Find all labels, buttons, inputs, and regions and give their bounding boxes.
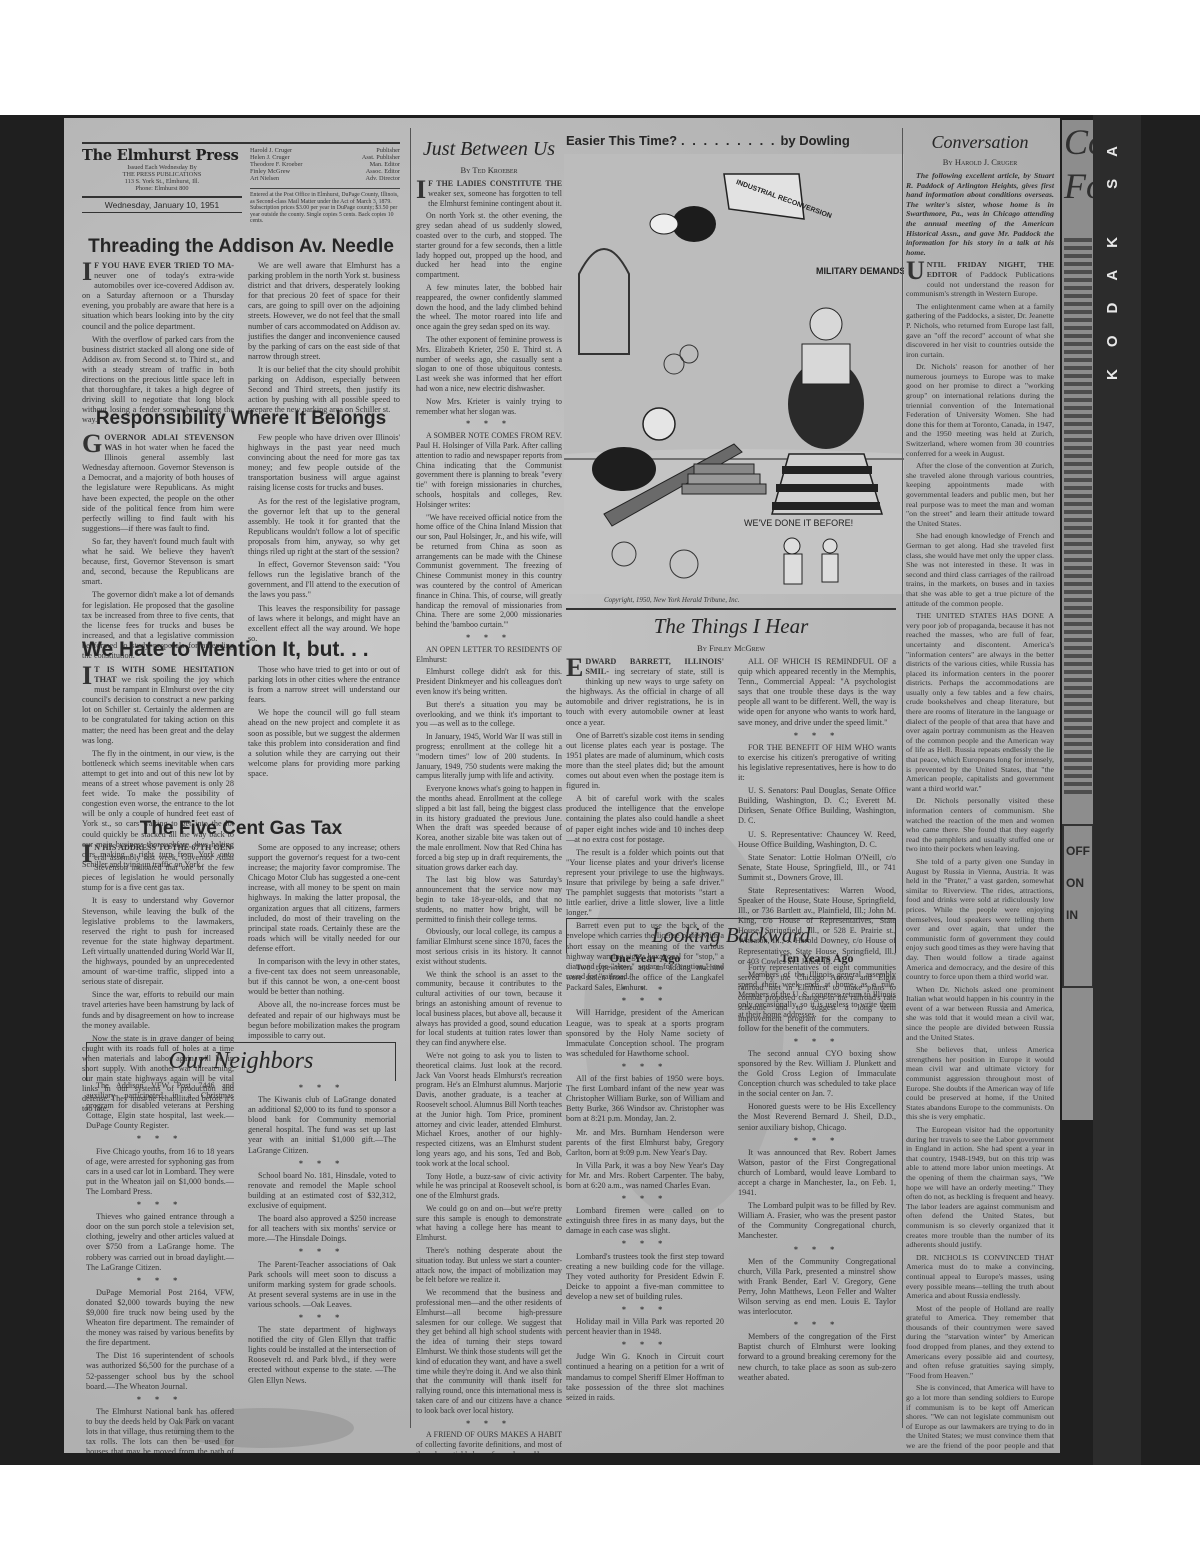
staff-row: Art NielsenAdv. Director [250, 175, 400, 182]
intro-note: The following excellent article, by Stua… [906, 171, 1054, 257]
news-item: School board No. 181, Hinsdale, voted to… [248, 1171, 396, 1211]
adjacent-box-label: IN [1066, 908, 1090, 922]
adjacent-page-heading-1: Co [1064, 120, 1094, 164]
masthead-issued: Issued Each Wednesday By [82, 164, 242, 171]
column-rule [902, 128, 903, 1428]
news-item: Thieves who gained entrance through a do… [86, 1212, 234, 1273]
column-rule [410, 128, 411, 1428]
conversation-column: Conversation By Harold J. Cruger The fol… [906, 132, 1054, 1453]
byline: By Ted Kroeber [416, 165, 562, 175]
column-title: Conversation [906, 132, 1054, 153]
issue-date: Wednesday, January 10, 1951 [82, 196, 242, 213]
cartoon-credit: by Dowling [780, 133, 849, 148]
editorial-addison-needle: Threading the Addison Av. Needle IF YOU … [82, 236, 400, 429]
section-title: Our Neighbors [87, 1043, 395, 1079]
nameplate: The Elmhurst Press [82, 147, 242, 164]
adjacent-page-box: OFF ON IN [1062, 824, 1094, 988]
mailing-notice: Entered at the Post Office in Elmhurst, … [250, 188, 400, 225]
news-item: The Kiwanis club of LaGrange donated an … [248, 1095, 396, 1156]
cartoon-header: Easier This Time? . . . . . . . . . by D… [566, 132, 896, 150]
byline: By Harold J. Cruger [906, 157, 1054, 167]
ten-years-ago: Ten Years Ago Forty representatives of e… [738, 953, 896, 1406]
staff-row: Helen J. CrugerAsst. Publisher [250, 154, 400, 161]
headline: We Hate to Mention It, but. . . [82, 638, 400, 662]
news-item: The Dist 16 superintendent of schools wa… [86, 1351, 234, 1391]
section-title: Looking Backward [567, 919, 895, 951]
masthead-phone: Phone: Elmhurst 800 [82, 185, 242, 192]
adjacent-page-heading-2: Fo [1064, 164, 1094, 208]
svg-text:WE'VE DONE IT BEFORE!: WE'VE DONE IT BEFORE! [744, 518, 853, 528]
news-item: The state department of highways notifie… [248, 1325, 396, 1386]
headline: Threading the Addison Av. Needle [82, 236, 400, 258]
headline: Responsibility Where It Belongs [82, 408, 400, 430]
column-title: The Things I Hear [566, 614, 896, 639]
staff-row: Finley McGrewAssoc. Editor [250, 168, 400, 175]
newspaper-page: The Elmhurst Press Issued Each Wednesday… [64, 118, 1060, 1453]
editorial-responsibility: Responsibility Where It Belongs GOVERNOR… [82, 408, 400, 664]
news-item: The board also approved a $250 increase … [248, 1214, 396, 1244]
film-edge-marking: KODAK SA [1104, 124, 1134, 424]
editorial-cartoon: MILITARY DEMANDS INDUSTRIAL RECONVERSION… [564, 154, 904, 594]
news-item: Five Chicago youths, from 16 to 18 years… [86, 1147, 234, 1197]
our-neighbors-section: Our Neighbors The Addison VFW Post 7446 … [82, 1042, 400, 1453]
adjacent-box-label: OFF [1066, 844, 1090, 858]
news-item: DuPage Memorial Post 2164, VFW, donated … [86, 1288, 234, 1349]
one-year-ago: One Year Ago Two typewriters and an addi… [566, 953, 724, 1406]
cartoon-title: Easier This Time? [566, 133, 677, 148]
masthead-address: 113 S. York St., Elmhurst, Ill. [82, 178, 242, 185]
news-item: The Elmhurst National bank has offered t… [86, 1407, 234, 1453]
staff-row: Harold J. CrugerPublisher [250, 147, 400, 154]
staff-box: Harold J. CrugerPublisher Helen J. Cruge… [250, 147, 400, 225]
masthead-publisher-org: THE PRESS PUBLICATIONS [82, 171, 242, 178]
masthead: The Elmhurst Press Issued Each Wednesday… [82, 142, 400, 217]
news-item: The Addison VFW Post 7446 and auxiliary … [86, 1081, 234, 1131]
news-item: The Parent-Teacher associations of Oak P… [248, 1260, 396, 1310]
looking-backward-section: Looking Backward One Year Ago Two typewr… [566, 918, 896, 1406]
adjacent-box-label: ON [1066, 876, 1090, 890]
column-title: Just Between Us [416, 138, 562, 161]
svg-text:MILITARY DEMANDS: MILITARY DEMANDS [816, 266, 904, 276]
adjacent-page-text-lines [1062, 238, 1094, 794]
staff-row: Theodore F. KroeberMan. Editor [250, 161, 400, 168]
headline: The Five Cent Gas Tax [82, 818, 400, 840]
byline: By Finley McGrew [566, 643, 896, 653]
adjacent-page-fragment: Co Fo OFF ON IN [1062, 120, 1094, 1120]
cartoon-copyright: Copyright, 1950, New York Herald Tribune… [604, 596, 739, 604]
just-between-us-column: Just Between Us By Ted Kroeber IF THE LA… [416, 138, 562, 1453]
